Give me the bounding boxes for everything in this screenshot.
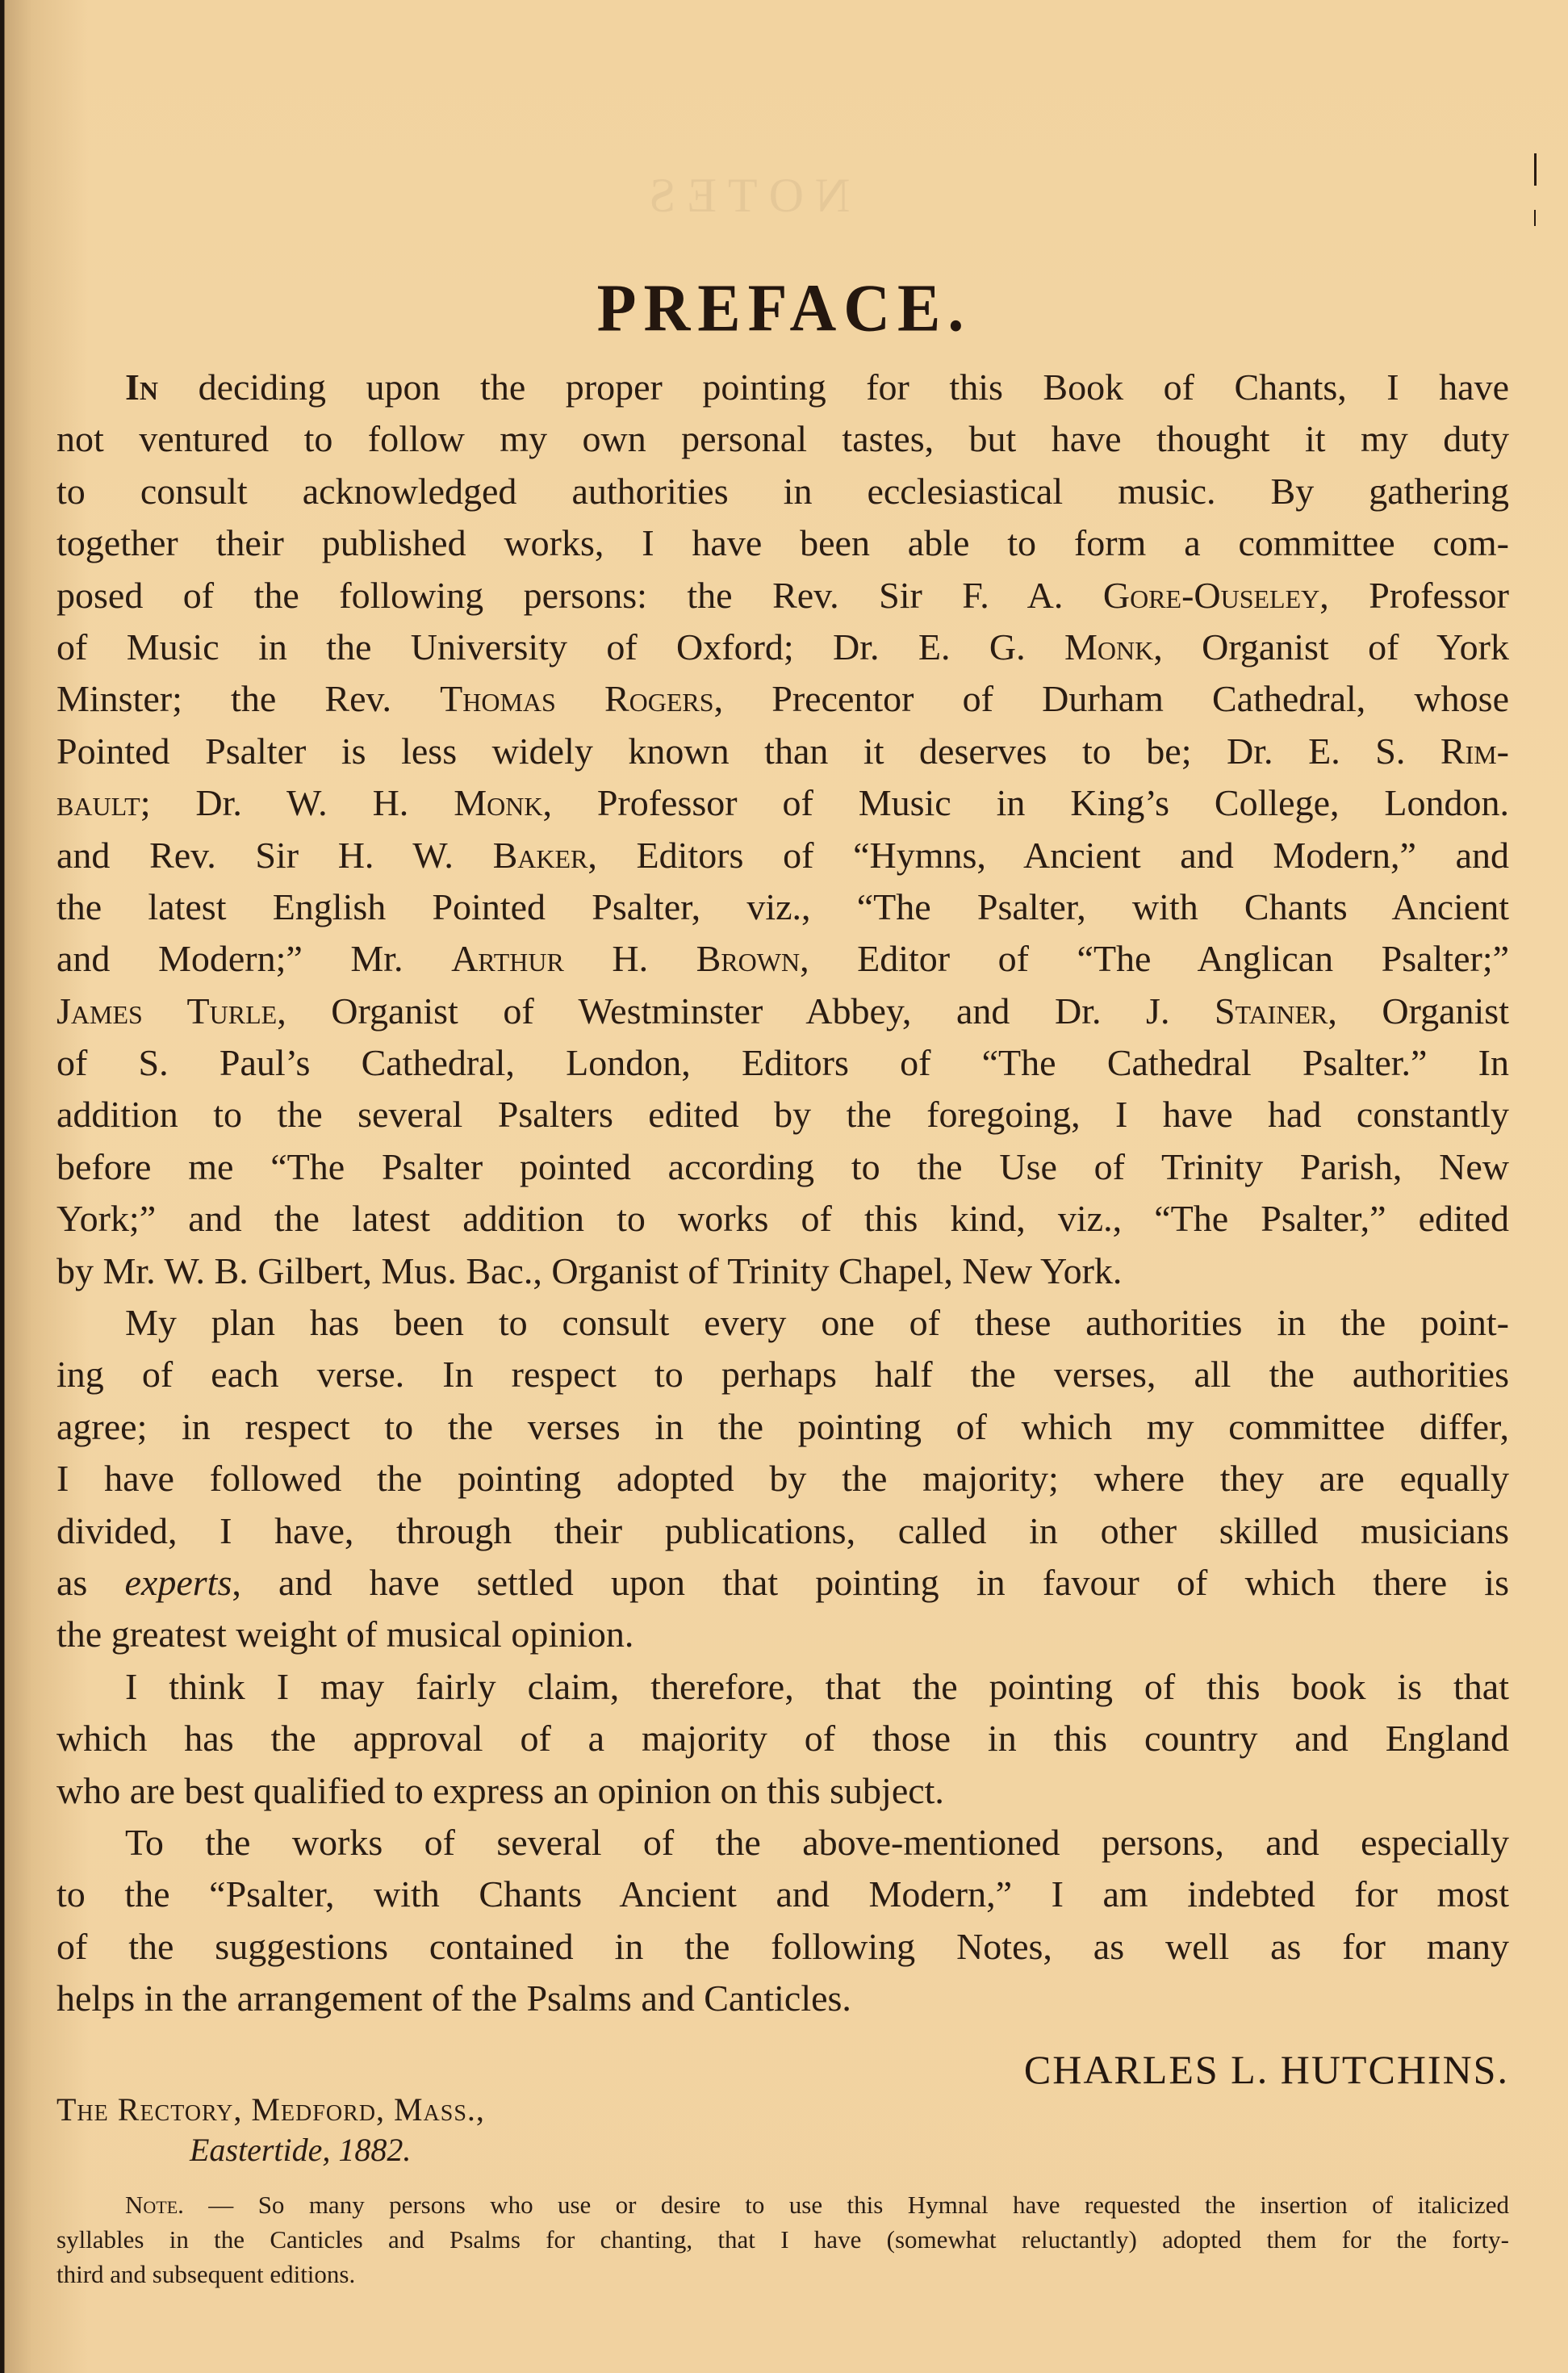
line-text: to the “Psalter, with Chants Ancient and…: [56, 1873, 1509, 1915]
page-edge-mark: [1534, 153, 1537, 186]
line-text: by Mr. W. B. Gilbert, Mus. Bac., Organis…: [56, 1250, 1122, 1291]
preface-body: In deciding upon the proper pointing for…: [56, 362, 1509, 2025]
note-text: syllables in the Canticles and Psalms fo…: [56, 2225, 1509, 2254]
text-line: by Mr. W. B. Gilbert, Mus. Bac., Organis…: [56, 1245, 1509, 1297]
line-text: , Professor: [1319, 575, 1509, 616]
text-line: who are best qualified to express an opi…: [56, 1765, 1509, 1817]
line-text: of the suggestions contained in the foll…: [56, 1926, 1509, 1967]
text-line: the greatest weight of musical opinion.: [56, 1609, 1509, 1660]
note-line: third and subsequent editions.: [56, 2257, 1509, 2291]
text-line: divided, I have, through their publicati…: [56, 1505, 1509, 1557]
line-text: I think I may fairly claim, therefore, t…: [125, 1666, 1509, 1707]
note-label: Note.: [125, 2191, 184, 2219]
line-text: , Editors of “Hymns, Ancient and Modern,…: [587, 835, 1509, 876]
note-line: syllables in the Canticles and Psalms fo…: [56, 2222, 1509, 2257]
line-text: I have followed the pointing adopted by …: [56, 1458, 1509, 1499]
line-text: before me “The Psalter pointed according…: [56, 1146, 1509, 1187]
author-signature: CHARLES L. HUTCHINS.: [1024, 2046, 1509, 2093]
text-line: Pointed Psalter is less widely known tha…: [56, 726, 1509, 777]
page-edge-mark: [1534, 210, 1536, 226]
person-name: Stainer: [1215, 990, 1328, 1032]
line-text: , Professor of Music in King’s College, …: [542, 782, 1509, 823]
text-line: My plan has been to consult every one of…: [56, 1297, 1509, 1349]
line-text: deciding upon the proper pointing for th…: [199, 366, 1509, 408]
text-line: not ventured to follow my own personal t…: [56, 413, 1509, 465]
line-text: together their published works, I have b…: [56, 522, 1509, 563]
text-line: James Turle, Organist of Westminster Abb…: [56, 986, 1509, 1037]
line-text: posed of the following persons: the Rev.…: [56, 575, 1103, 616]
text-line: and Modern;” Mr. Arthur H. Brown, Editor…: [56, 933, 1509, 985]
text-line: which has the approval of a majority of …: [56, 1713, 1509, 1764]
person-name: Monk: [1064, 626, 1153, 668]
text-line: helps in the arrangement of the Psalms a…: [56, 1973, 1509, 2024]
line-text: divided, I have, through their publicati…: [56, 1510, 1509, 1551]
text-line: of Music in the University of Oxford; Dr…: [56, 621, 1509, 673]
person-name: Arthur H. Brown: [451, 938, 800, 979]
line-text: Pointed Psalter is less widely known tha…: [56, 730, 1440, 772]
date-line: Eastertide, 1882.: [190, 2131, 411, 2169]
line-text: ing of each verse. In respect to perhaps…: [56, 1354, 1509, 1395]
line-text: , and have settled upon that pointing in…: [232, 1562, 1509, 1603]
scanned-book-page: NOTES PREFACE. In deciding upon the prop…: [0, 0, 1568, 2373]
text-line: I have followed the pointing adopted by …: [56, 1453, 1509, 1505]
line-text: of Music in the University of Oxford; Dr…: [56, 626, 1064, 668]
person-name: Baker: [493, 835, 588, 876]
text-line: and Rev. Sir H. W. Baker, Editors of “Hy…: [56, 830, 1509, 881]
line-text: who are best qualified to express an opi…: [56, 1770, 944, 1811]
text-line: of S. Paul’s Cathedral, London, Editors …: [56, 1037, 1509, 1089]
text-line: of the suggestions contained in the foll…: [56, 1921, 1509, 1973]
footnote: Note. — So many persons who use or desir…: [56, 2187, 1509, 2291]
text-line: to the “Psalter, with Chants Ancient and…: [56, 1869, 1509, 1920]
line-text: Minster; the Rev.: [56, 678, 440, 719]
text-line: I think I may fairly claim, therefore, t…: [56, 1661, 1509, 1713]
line-text: and Rev. Sir H. W.: [56, 835, 493, 876]
line-text: to consult acknowledged authorities in e…: [56, 471, 1509, 512]
note-text: third and subsequent editions.: [56, 2260, 355, 2288]
line-text: York;” and the latest addition to works …: [56, 1198, 1509, 1239]
text-line: together their published works, I have b…: [56, 517, 1509, 569]
line-text: of S. Paul’s Cathedral, London, Editors …: [56, 1042, 1509, 1083]
person-name: bault: [56, 782, 140, 823]
line-text: , Organist of York: [1153, 626, 1509, 668]
line-text: , Organist: [1328, 990, 1509, 1032]
text-line: before me “The Psalter pointed according…: [56, 1141, 1509, 1193]
text-line: addition to the several Psalters edited …: [56, 1089, 1509, 1140]
italic-word: experts: [125, 1562, 232, 1603]
line-text: not ventured to follow my own personal t…: [56, 418, 1509, 459]
opening-word: In: [125, 366, 158, 408]
text-line: York;” and the latest addition to works …: [56, 1193, 1509, 1245]
text-line: the latest English Pointed Psalter, viz.…: [56, 881, 1509, 933]
bleed-through-text: NOTES: [638, 168, 850, 224]
text-line: as experts, and have settled upon that p…: [56, 1557, 1509, 1609]
text-line: to consult acknowledged authorities in e…: [56, 466, 1509, 517]
text-line: bault; Dr. W. H. Monk, Professor of Musi…: [56, 777, 1509, 829]
line-text: the latest English Pointed Psalter, viz.…: [56, 886, 1509, 927]
line-text: the greatest weight of musical opinion.: [56, 1613, 633, 1655]
page-title: PREFACE.: [0, 274, 1568, 342]
line-text: helps in the arrangement of the Psalms a…: [56, 1977, 851, 2019]
line-text: addition to the several Psalters edited …: [56, 1094, 1509, 1135]
line-text: To the works of several of the above-men…: [125, 1822, 1509, 1863]
text-line: To the works of several of the above-men…: [56, 1817, 1509, 1869]
line-text: ; Dr. W. H.: [140, 782, 454, 823]
line-text: and Modern;” Mr.: [56, 938, 451, 979]
person-name: Rim-: [1440, 730, 1509, 772]
person-name: Monk: [454, 782, 542, 823]
text-line: In deciding upon the proper pointing for…: [56, 362, 1509, 413]
line-text: My plan has been to consult every one of…: [125, 1302, 1509, 1343]
person-name: Gore-Ouseley: [1103, 575, 1319, 616]
line-text: agree; in respect to the verses in the p…: [56, 1406, 1509, 1447]
place-line: The Rectory, Medford, Mass.,: [56, 2090, 485, 2128]
text-line: posed of the following persons: the Rev.…: [56, 570, 1509, 621]
text-line: Minster; the Rev. Thomas Rogers, Precent…: [56, 673, 1509, 725]
text-line: ing of each verse. In respect to perhaps…: [56, 1349, 1509, 1400]
line-text: , Editor of “The Anglican Psalter;”: [800, 938, 1509, 979]
note-text: So many persons who use or desire to use…: [258, 2191, 1509, 2219]
person-name: Thomas Rogers: [440, 678, 713, 719]
person-name: James Turle: [56, 990, 277, 1032]
note-dash: —: [184, 2191, 258, 2219]
line-text: as: [56, 1562, 125, 1603]
line-text: , Organist of Westminster Abbey, and Dr.…: [277, 990, 1215, 1032]
text-line: agree; in respect to the verses in the p…: [56, 1401, 1509, 1453]
line-text: which has the approval of a majority of …: [56, 1718, 1509, 1759]
note-line: Note. — So many persons who use or desir…: [56, 2187, 1509, 2222]
line-text: , Precentor of Durham Cathedral, whose: [714, 678, 1509, 719]
